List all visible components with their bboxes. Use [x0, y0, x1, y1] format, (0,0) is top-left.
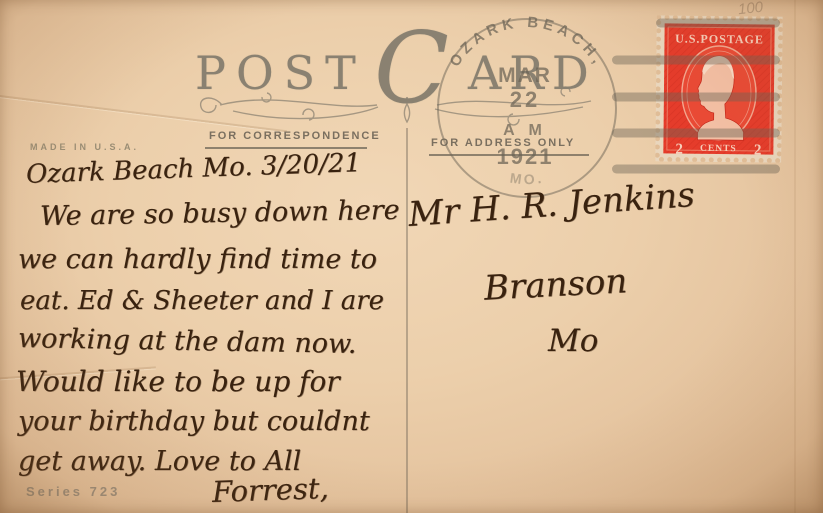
postmark: OZARK BEACH, MO. MAR 22 A M 1921 [418, 6, 800, 206]
message-signature: Forrest, [212, 474, 330, 507]
message-line: get away. Love to All [18, 448, 301, 475]
postmark-year: 1921 [497, 144, 554, 169]
center-divider-line [406, 128, 408, 513]
postmark-day: 22 [510, 87, 540, 112]
postmark-meridiem: A M [503, 122, 547, 139]
postmark-killer-bars [612, 19, 780, 174]
made-in-usa-label: MADE IN U.S.A. [30, 142, 139, 152]
message-line: working at the dam now. [18, 325, 357, 358]
message-line: we can hardly find time to [18, 246, 377, 273]
message-line: Ozark Beach Mo. 3/20/21 [26, 150, 362, 188]
postmark-town: OZARK BEACH, [446, 14, 607, 70]
svg-text:OZARK BEACH,: OZARK BEACH, [446, 14, 607, 70]
postmark-month: MAR [498, 64, 552, 87]
message-line: eat. Ed & Sheeter and I are [20, 288, 384, 314]
message-line: Would like to be up for [16, 368, 340, 396]
correspondence-label: FOR CORRESPONDENCE [209, 130, 381, 142]
message-line: We are so busy down here [40, 197, 400, 230]
series-number-label: Series 723 [26, 484, 120, 499]
message-line: your birthday but couldnt [18, 408, 370, 435]
address-line-state: Mo [548, 326, 598, 357]
address-line-city: Branson [483, 264, 628, 305]
postcard: POST C ARD MADE IN U.S.A. FOR CORRESPOND… [0, 0, 823, 513]
